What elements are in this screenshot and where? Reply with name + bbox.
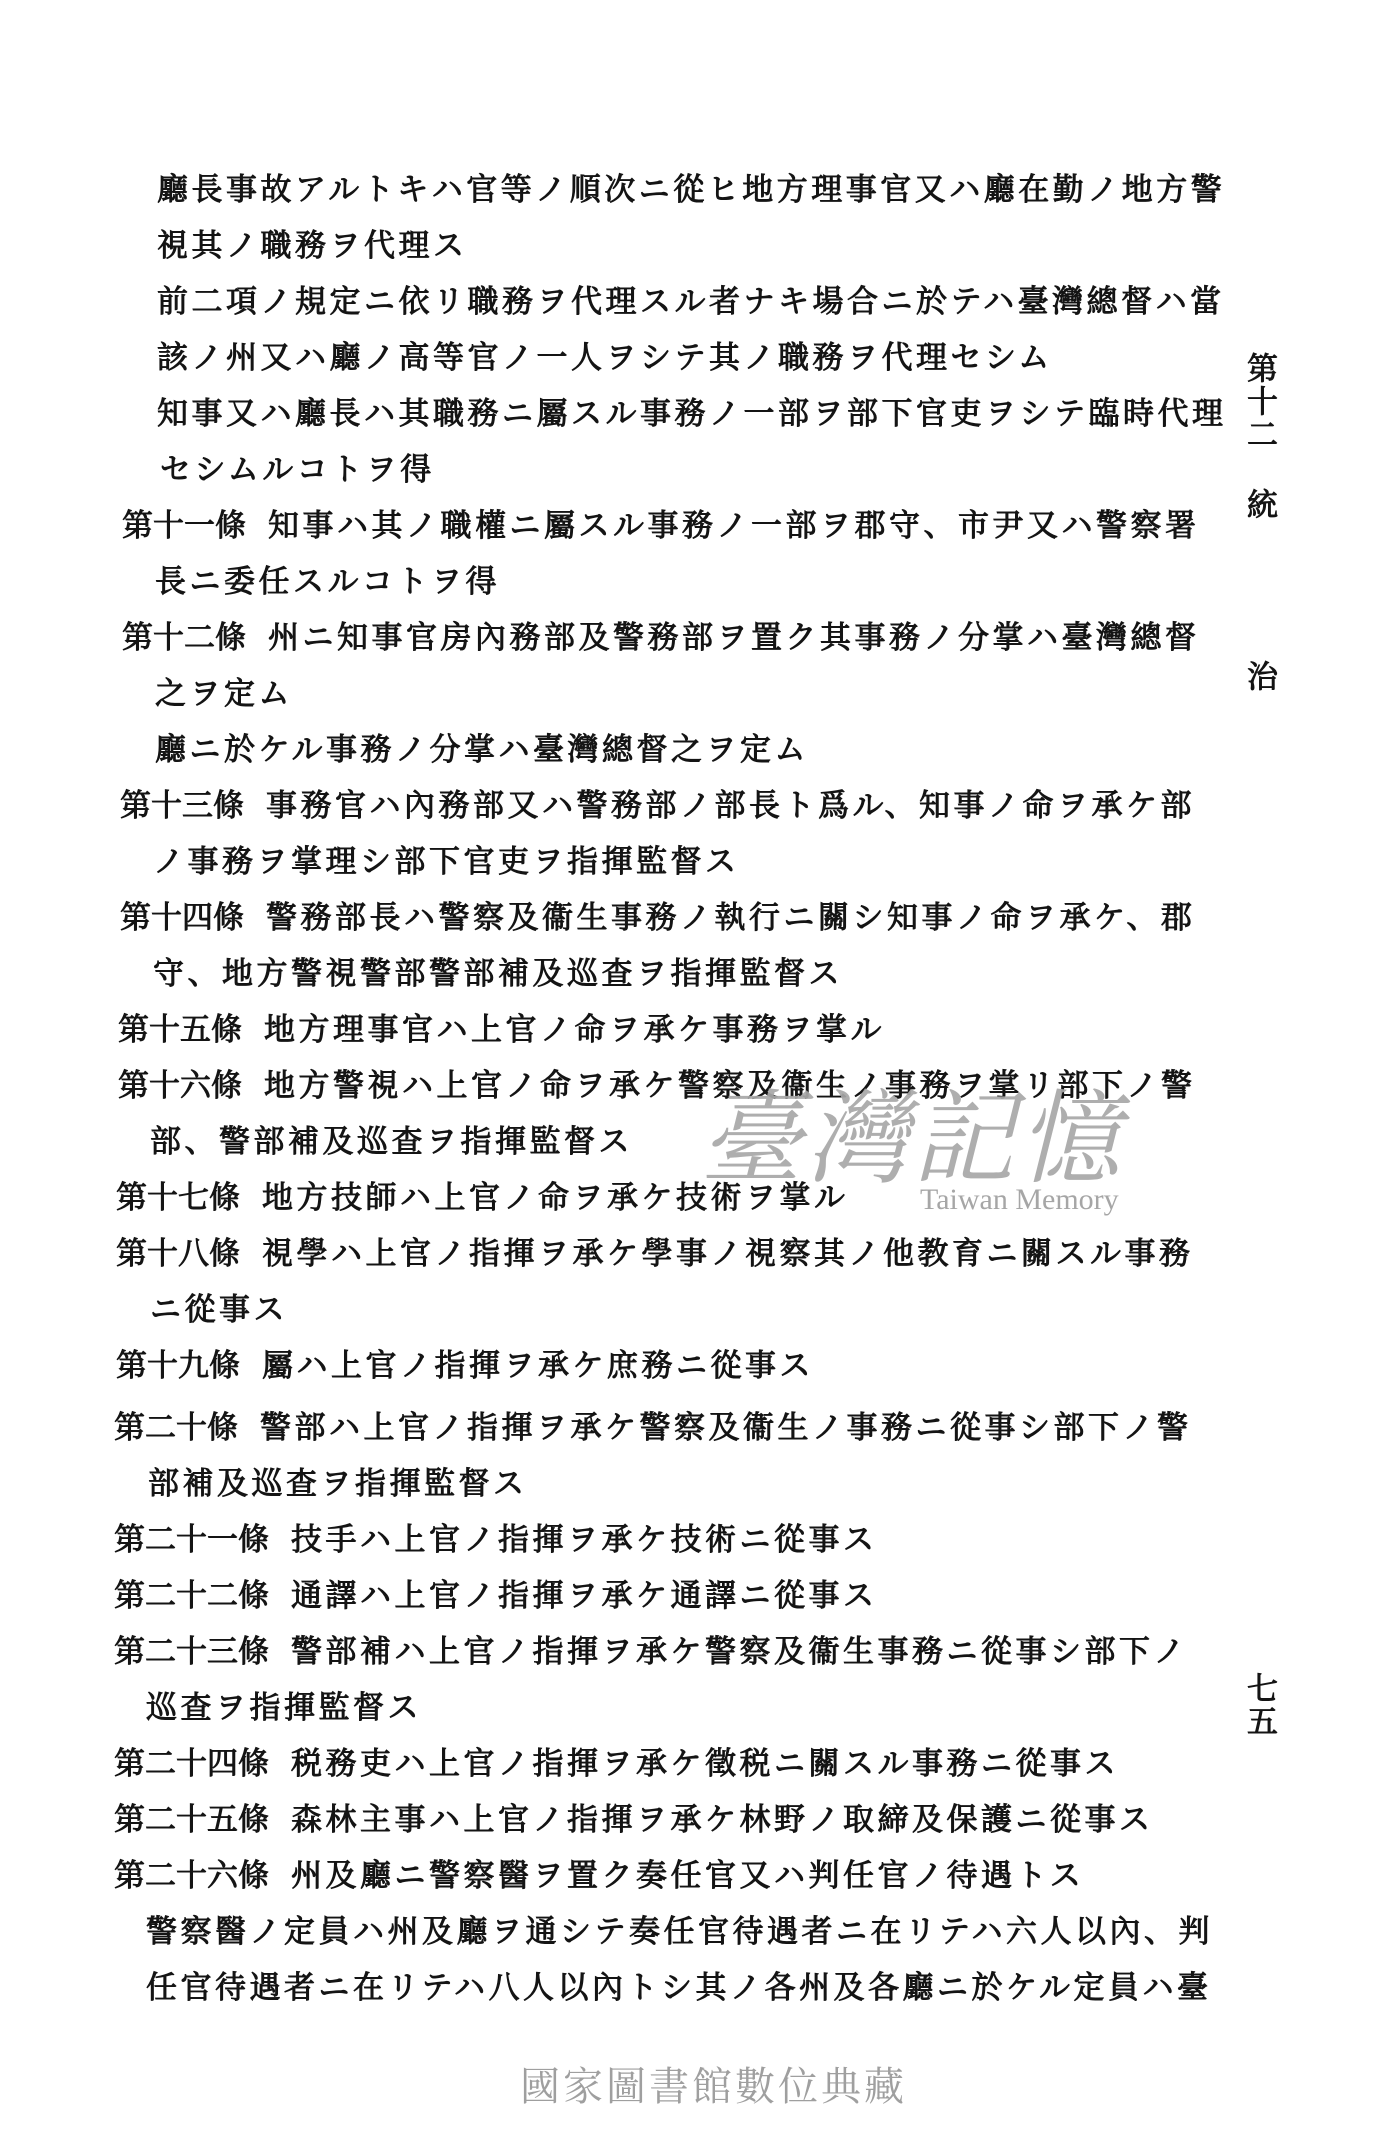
article-number: 第十五條 — [118, 1012, 242, 1048]
taiwan-memory-english: Taiwan Memory — [920, 1182, 1119, 1218]
article-number: 第二十條 — [114, 1410, 238, 1446]
article-line: 第二十三條警部補ハ上官ノ指揮ヲ承ケ警察及衞生事務ニ從事シ部下ノ — [114, 1632, 1188, 1672]
article-number: 第十一條 — [122, 508, 246, 544]
article-number: 第二十五條 — [114, 1802, 269, 1838]
article-line: 第十三條事務官ハ內務部又ハ警務部ノ部長ト爲ル、知事ノ命ヲ承ケ部 — [120, 786, 1195, 826]
article-number: 第十四條 — [120, 900, 244, 936]
library-footer-watermark: 國家圖書館數位典藏 — [520, 2062, 907, 2112]
text-line: 部、警部補及巡查ヲ指揮監督ス — [150, 1122, 633, 1162]
article-number: 第十八條 — [116, 1236, 240, 1272]
text-line: 長ニ委任スルコトヲ得 — [155, 562, 500, 602]
article-line: 第十九條屬ハ上官ノ指揮ヲ承ケ庶務ニ從事ス — [116, 1346, 814, 1386]
article-number: 第十二條 — [122, 620, 246, 656]
chapter-title-top: 統 — [1238, 488, 1278, 521]
article-line: 第十八條視學ハ上官ノ指揮ヲ承ケ學事ノ視察其ノ他教育ニ關スル事務 — [116, 1234, 1194, 1274]
article-number: 第十七條 — [116, 1180, 240, 1216]
text-line: ノ事務ヲ掌理シ部下官吏ヲ指揮監督ス — [153, 842, 740, 882]
article-number: 第二十二條 — [114, 1578, 269, 1614]
text-line: 任官待遇者ニ在リテハ八人以內トシ其ノ各州及各廳ニ於ケル定員ハ臺 — [146, 1968, 1211, 2008]
text-line: セシムルコトヲ得 — [160, 450, 435, 490]
article-number: 第十九條 — [116, 1348, 240, 1384]
article-number: 第十六條 — [118, 1068, 242, 1104]
article-line: 第十五條地方理事官ハ上官ノ命ヲ承ケ事務ヲ掌ル — [118, 1010, 885, 1050]
page-number: 七五 — [1238, 1672, 1278, 1738]
text-line: 知事又ハ廳長ハ其職務ニ屬スル事務ノ一部ヲ部下官吏ヲシテ臨時代理 — [157, 394, 1227, 434]
article-line: 第二十六條州及廳ニ警察醫ヲ置ク奏任官又ハ判任官ノ待遇トス — [114, 1856, 1084, 1896]
text-line: 視其ノ職務ヲ代理ス — [157, 226, 468, 266]
article-line: 第十二條州ニ知事官房內務部及警務部ヲ置ク其事務ノ分掌ハ臺灣總督 — [122, 618, 1200, 658]
article-line: 第二十一條技手ハ上官ノ指揮ヲ承ケ技術ニ從事ス — [114, 1520, 878, 1560]
article-line: 第十四條警務部長ハ警察及衞生事務ノ執行ニ關シ知事ノ命ヲ承ケ、郡 — [120, 898, 1195, 938]
article-line: 第二十二條通譯ハ上官ノ指揮ヲ承ケ通譯ニ從事ス — [114, 1576, 878, 1616]
text-line: 巡查ヲ指揮監督ス — [146, 1688, 422, 1728]
article-number: 第二十三條 — [114, 1634, 269, 1670]
text-line: 部補及巡查ヲ指揮監督ス — [148, 1464, 528, 1504]
article-number: 第二十一條 — [114, 1522, 269, 1558]
taiwan-memory-watermark: 臺灣記憶 — [700, 1085, 1124, 1195]
text-line: 該ノ州又ハ廳ノ高等官ノ一人ヲシテ其ノ職務ヲ代理セシム — [157, 338, 1053, 378]
article-line: 第十一條知事ハ其ノ職權ニ屬スル事務ノ一部ヲ郡守、市尹又ハ警察署 — [122, 506, 1200, 546]
chapter-number: 第十二 — [1238, 352, 1278, 451]
article-line: 第二十四條税務吏ハ上官ノ指揮ヲ承ケ徵税ニ關スル事務ニ從事ス — [114, 1744, 1119, 1784]
article-number: 第二十四條 — [114, 1746, 269, 1782]
text-line: 廳長事故アルトキハ官等ノ順次ニ從ヒ地方理事官又ハ廳在勤ノ地方警 — [157, 170, 1225, 210]
chapter-title-bottom: 治 — [1238, 660, 1278, 693]
text-line: 之ヲ定ム — [155, 674, 293, 714]
article-number: 第十三條 — [120, 788, 244, 824]
text-line: 廳ニ於ケル事務ノ分掌ハ臺灣總督之ヲ定ム — [155, 730, 809, 770]
article-line: 第二十五條森林主事ハ上官ノ指揮ヲ承ケ林野ノ取締及保護ニ從事ス — [114, 1800, 1154, 1840]
text-line: 前二項ノ規定ニ依リ職務ヲ代理スル者ナキ場合ニ於テハ臺灣總督ハ當 — [157, 282, 1225, 322]
article-line: 第二十條警部ハ上官ノ指揮ヲ承ケ警察及衞生ノ事務ニ從事シ部下ノ警 — [114, 1408, 1192, 1448]
article-number: 第二十六條 — [114, 1858, 269, 1894]
text-line: ニ從事ス — [150, 1290, 288, 1330]
text-line: 警察醫ノ定員ハ州及廳ヲ通シテ奏任官待遇者ニ在リテハ六人以內、判 — [146, 1912, 1213, 1952]
text-line: 守、地方警視警部警部補及巡查ヲ指揮監督ス — [153, 954, 843, 994]
scanned-page: 廳長事故アルトキハ官等ノ順次ニ從ヒ地方理事官又ハ廳在勤ノ地方警 視其ノ職務ヲ代理… — [0, 0, 1400, 2130]
